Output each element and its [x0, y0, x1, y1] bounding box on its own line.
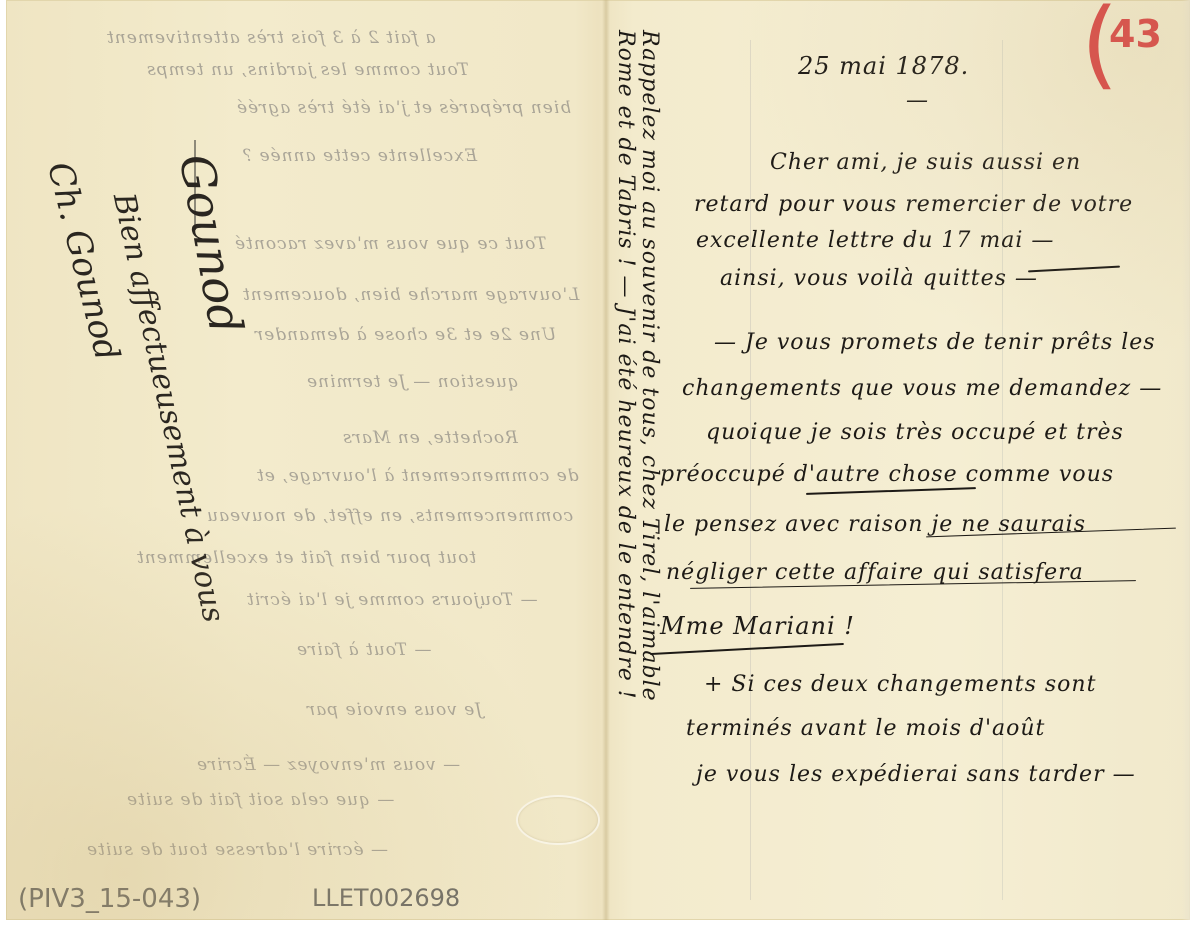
bleed-line: a fait 2 à 3 fois très attentivement: [106, 28, 436, 48]
body-line: quoique je sois très occupé et très: [706, 420, 1124, 445]
underline: [806, 487, 976, 495]
body-line: Cher ami, je suis aussi en: [770, 150, 1081, 175]
signature-initials: Ch. Gounod: [39, 158, 127, 365]
body-line: + Si ces deux changements sont: [704, 672, 1096, 697]
archive-inventory-number: LLET002698: [312, 884, 460, 912]
bleed-line: — écrire l'adresse tout de suite: [86, 840, 388, 860]
letter-date: 25 mai 1878.: [798, 52, 969, 80]
bleed-line: commencements, en effet, de nouveau: [206, 506, 573, 526]
body-line: — Je vous promets de tenir prêts les: [714, 330, 1156, 355]
bleed-line: Je vous envoie par: [306, 700, 482, 720]
bleed-line: bien préparés et j'ai été très agréé: [236, 98, 571, 118]
bleed-line: question — Je termine: [306, 372, 519, 392]
bleed-line: — Toujours comme je l'ai écrit: [246, 590, 538, 610]
left-leaf: a fait 2 à 3 fois très attentivement Tou…: [6, 0, 602, 920]
body-line: excellente lettre du 17 mai —: [696, 228, 1054, 253]
bleed-line: Excellente cette année ?: [242, 146, 477, 166]
center-fold: [602, 0, 610, 920]
bleed-line: — que cela soit fait de suite: [126, 790, 394, 810]
bleed-line: — vous m'envoyez — Écrire: [196, 755, 460, 775]
body-line: changements que vous me demandez —: [682, 376, 1162, 401]
scan-margin: [0, 920, 1200, 929]
body-line: Mme Mariani !: [660, 612, 855, 640]
bleed-line: L'ouvrage marche bien, doucement: [242, 285, 579, 305]
body-line: je vous les expédierai sans tarder —: [696, 762, 1136, 787]
margin-line: Rappelez moi au souvenir de tous, chez T…: [637, 30, 662, 702]
bleed-line: — Tout à faire: [296, 640, 431, 660]
folio-number: ( 43: [1081, 2, 1161, 102]
bleed-line: de commencement à l'ouvrage, et: [256, 466, 579, 486]
body-line: terminés avant le mois d'août: [686, 716, 1045, 741]
margin-line: Rome et de Tabris ! — J'ai été heureux d…: [613, 30, 638, 700]
letter-sheet: a fait 2 à 3 fois très attentivement Tou…: [6, 0, 1190, 920]
underline: [650, 643, 844, 655]
bleed-line: Tout comme les jardins, un temps: [146, 60, 469, 80]
archive-shelfmark: (PIV3_15-043): [18, 884, 201, 914]
right-leaf: Rappelez moi au souvenir de tous, chez T…: [610, 0, 1190, 920]
dash: —: [906, 88, 929, 113]
blind-stamp: [516, 795, 600, 845]
body-line: préoccupé d'autre chose comme vous: [660, 462, 1114, 487]
bleed-line: Tout ce que vous m'avez raconté: [234, 234, 546, 254]
body-line: retard pour vous remercier de votre: [694, 192, 1133, 217]
underline: [1028, 266, 1120, 273]
bleed-line: Une 2e et 3e chose à demander: [254, 325, 556, 345]
folio-value: 43: [1109, 12, 1162, 56]
body-line: ainsi, vous voilà quittes —: [720, 266, 1038, 291]
bleed-line: Rochette, en Mars: [342, 428, 518, 448]
